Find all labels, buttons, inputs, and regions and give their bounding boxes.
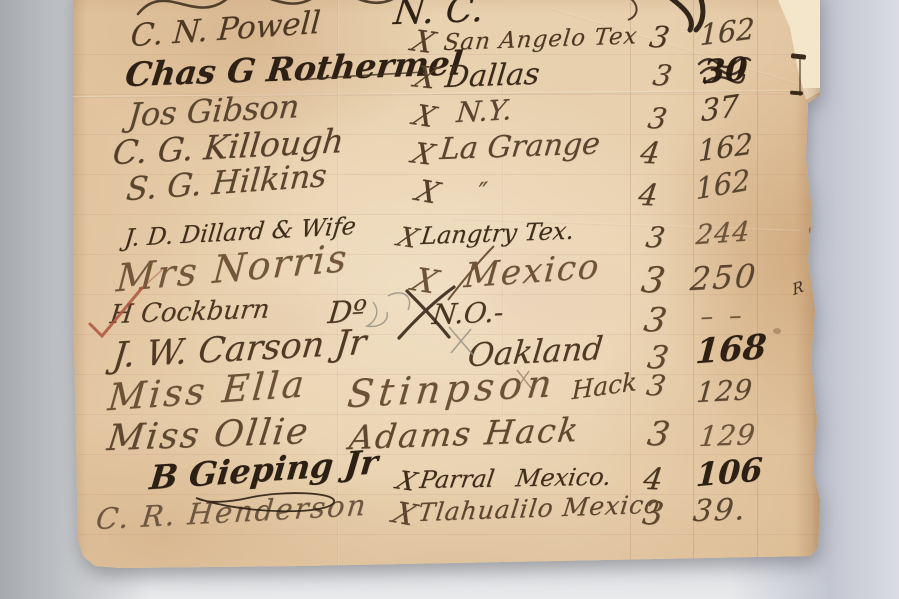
guest-name: C. N. Powell	[129, 5, 321, 55]
party-count: 3	[646, 101, 670, 136]
amount: 168	[694, 327, 768, 372]
amount: 250	[689, 256, 759, 298]
party-count: 3	[645, 414, 673, 455]
cut-off-ink-marks	[668, 0, 703, 30]
guest-name-continued: Stinpson	[345, 361, 558, 416]
edge-pen-mark: R	[791, 277, 805, 299]
x-mark: X	[409, 98, 441, 134]
destination: N.Y.	[455, 93, 513, 129]
cut-off-ink-marks	[628, 0, 637, 20]
guest-name: C. R. Henderson	[94, 488, 369, 536]
party-count: 3	[651, 58, 675, 93]
pencil-scrawl	[367, 293, 410, 327]
guest-name: H Cockburn	[108, 294, 271, 330]
destination: Tlahualilo Mexico	[416, 490, 662, 528]
amount: 106	[695, 450, 764, 494]
party-count: 4	[636, 178, 660, 214]
photograph-of-ledger-page: N. C. C. N. Powell X San Angelo Tex 3 16…	[0, 0, 899, 599]
guest-name-continued: Adams Hack	[347, 410, 582, 457]
conveyance: Hack	[571, 367, 637, 406]
amount: 37	[701, 89, 739, 130]
x-mark: X	[407, 260, 443, 301]
ditto-mark: ″	[478, 177, 490, 208]
party-count: 3	[639, 260, 668, 302]
amount: 162	[698, 126, 753, 168]
handwritten-entries-layer: N. C. C. N. Powell X San Angelo Tex 3 16…	[0, 0, 899, 599]
x-mark: X	[393, 466, 421, 498]
x-mark: X	[388, 496, 421, 533]
party-count: 3	[647, 20, 672, 56]
amount: – –	[700, 300, 746, 331]
x-mark: X	[408, 136, 439, 172]
amount: 244	[695, 216, 752, 251]
amount: 129	[695, 373, 754, 409]
destination: Langtry Tex.	[420, 217, 576, 250]
amount: 162	[699, 11, 755, 52]
destination: N.O.-	[431, 296, 506, 332]
x-mark: X	[411, 174, 444, 211]
destination: San Angelo Tex	[442, 23, 639, 56]
destination: La Grange	[438, 126, 601, 167]
x-mark: X	[393, 222, 422, 255]
amount: 129	[698, 418, 758, 453]
destination: Dallas	[443, 57, 541, 95]
party-count: 3	[644, 220, 668, 255]
party-count: 3	[641, 300, 670, 341]
amount: 39.	[691, 492, 748, 529]
amount: 30	[702, 49, 748, 91]
destination: Mexico	[462, 246, 602, 296]
amount: 162	[695, 162, 751, 206]
party-count: 4	[638, 136, 662, 172]
party-count: 3	[640, 494, 666, 533]
destination: Parral Mexico.	[418, 463, 613, 494]
